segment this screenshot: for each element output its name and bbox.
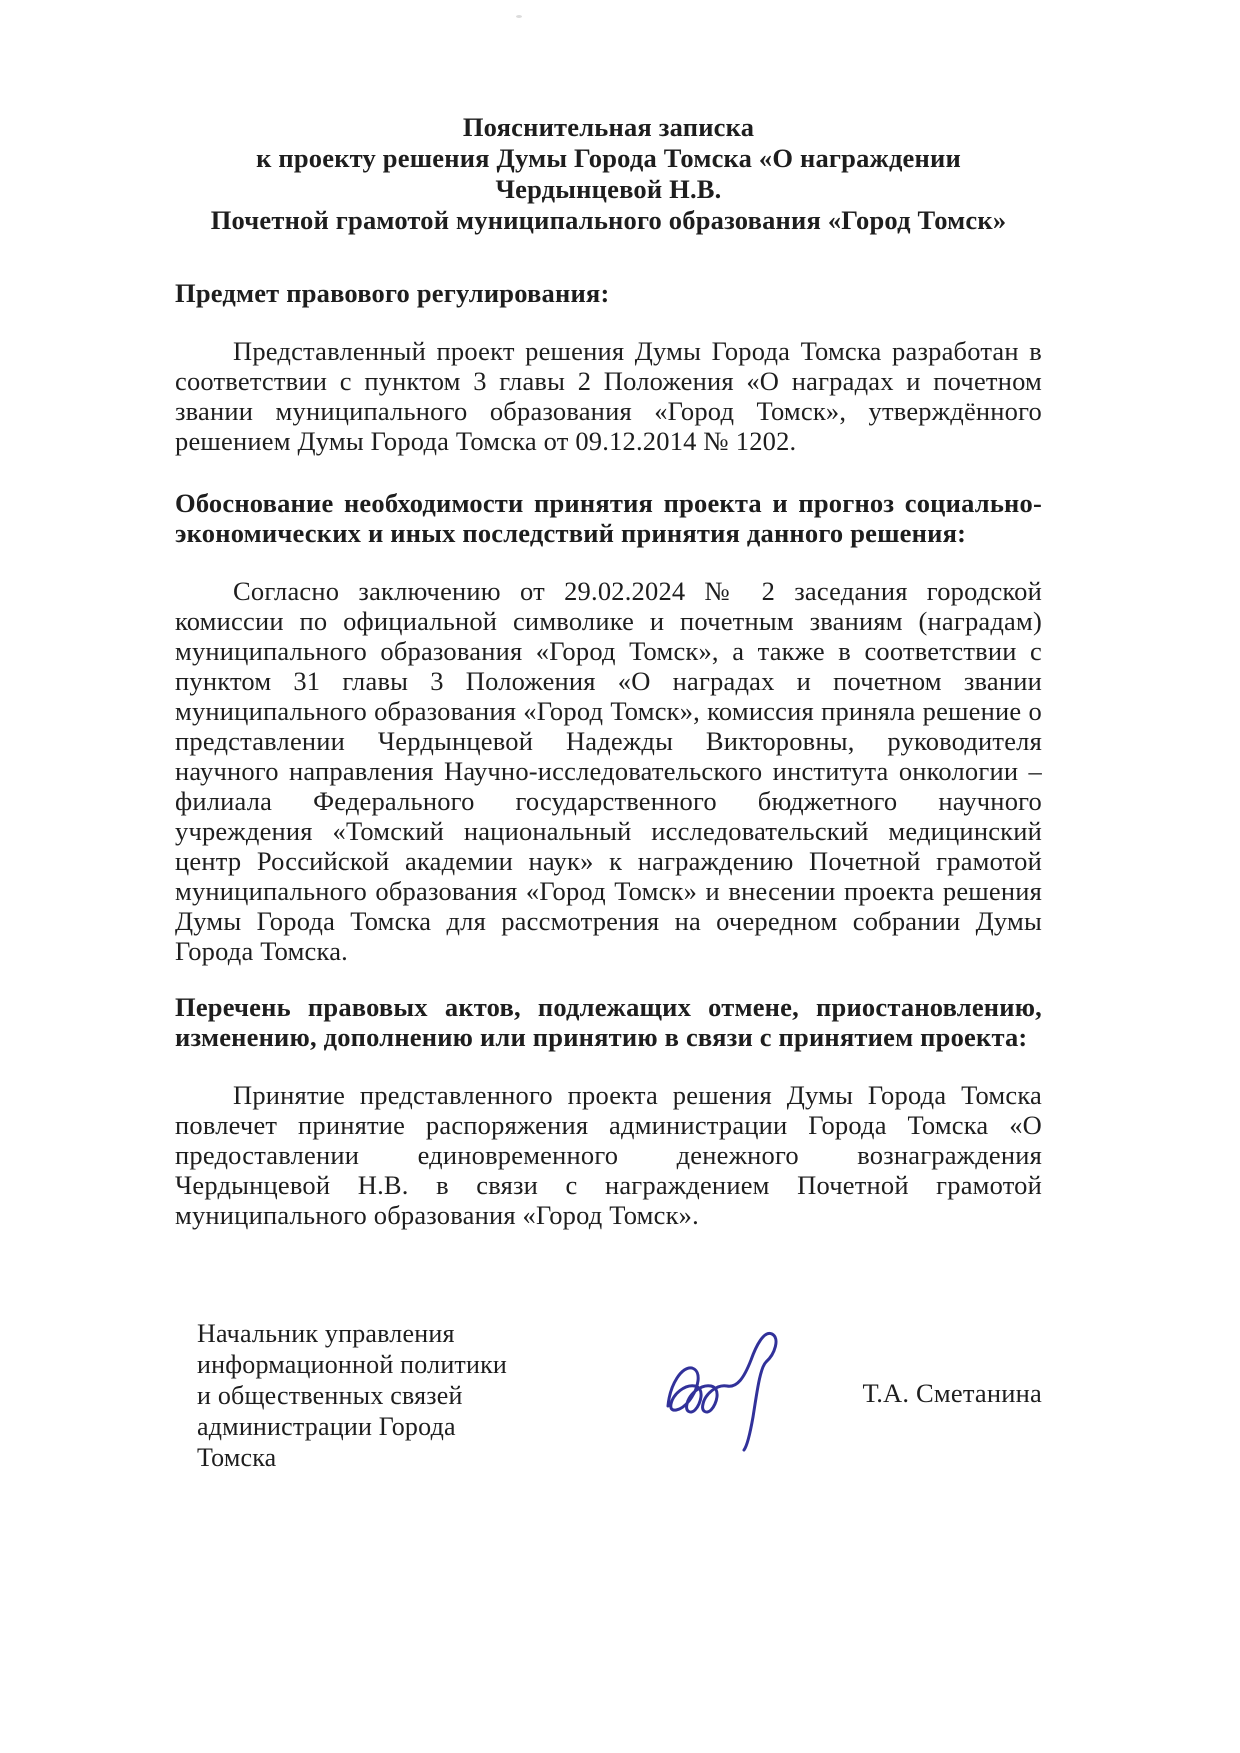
signature-stroke xyxy=(668,1333,776,1450)
section-heading-justification: Обоснование необходимости принятия проек… xyxy=(175,488,1042,548)
title-line-3: Почетной грамотой муниципального образов… xyxy=(175,205,1042,236)
signer-position-line-3: и общественных связей xyxy=(197,1380,508,1411)
section-heading-acts-list: Перечень правовых актов, подлежащих отме… xyxy=(175,992,1042,1052)
document-page: Пояснительная записка к проекту решения … xyxy=(0,0,1240,1753)
scan-speck xyxy=(516,15,522,18)
signature-block: Начальник управления информационной поли… xyxy=(175,1318,1042,1473)
paragraph-justification: Согласно заключению от 29.02.2024 № 2 за… xyxy=(175,576,1042,966)
title-line-1: Пояснительная записка xyxy=(175,112,1042,143)
signer-position: Начальник управления информационной поли… xyxy=(197,1318,508,1473)
signer-position-line-4: администрации Города Томска xyxy=(197,1411,508,1473)
document-title: Пояснительная записка к проекту решения … xyxy=(175,112,1042,236)
signer-position-line-2: информационной политики xyxy=(197,1349,508,1380)
title-line-2: к проекту решения Думы Города Томска «О … xyxy=(175,143,1042,205)
handwritten-signature-icon xyxy=(654,1322,814,1454)
paragraph-acts-list: Принятие представленного проекта решения… xyxy=(175,1080,1042,1230)
signer-name: Т.А. Сметанина xyxy=(862,1378,1042,1409)
section-heading-subject: Предмет правового регулирования: xyxy=(175,278,1042,308)
paragraph-subject: Представленный проект решения Думы Город… xyxy=(175,336,1042,456)
signer-position-line-1: Начальник управления xyxy=(197,1318,508,1349)
